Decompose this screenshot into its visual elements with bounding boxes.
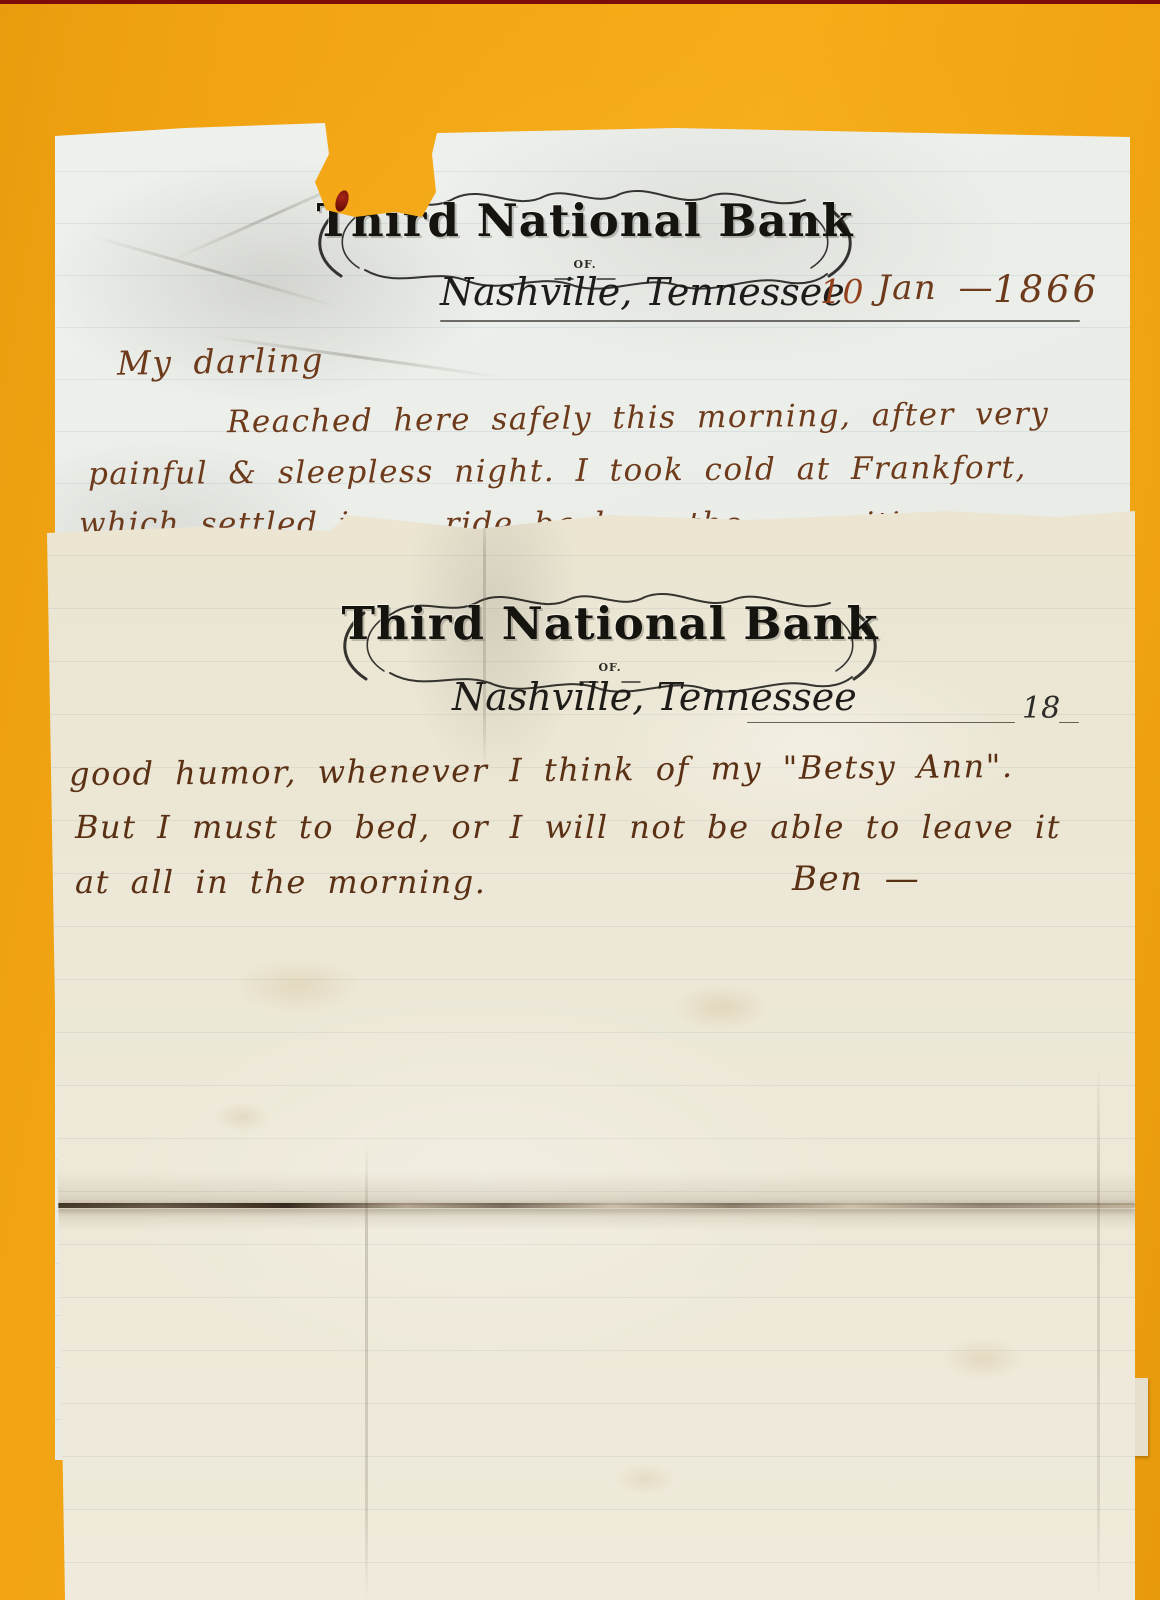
body-line: painful & sleepless night. I took cold a… [88,450,1027,493]
dateline-rule [747,722,1015,723]
scan-top-edge [0,0,1160,4]
date-month: Jan — [877,268,994,308]
body-line: Reached here safely this morning, after … [227,396,1050,441]
fold-shadow [47,1209,1135,1231]
body-line: But I must to bed, or I will not be able… [75,808,1061,846]
paper-crease [1097,1063,1100,1600]
scan-backdrop: Third National Bank OF. Nashville, Tenne… [0,0,1160,1600]
date-year: 1866 [993,268,1099,311]
bank-of-label: OF. [330,661,890,674]
dateline-rule [440,320,1080,322]
wax-spot [333,189,351,214]
bank-name: Third National Bank [305,196,865,246]
bank-name: Third National Bank [330,599,890,649]
year-stub: 18 [1022,691,1060,726]
fold-shadow [47,1171,1135,1205]
body-line: good humor, whenever I think of my "Bets… [69,747,1014,793]
city-dateline: Nashville, Tennessee [440,270,845,314]
salutation: My darling [117,340,325,383]
city-dateline: Nashville, Tennessee [452,675,857,719]
signature: Ben — [792,859,920,899]
letter-sheet-bottom: Third National Bank OF. Nashville, Tenne… [47,503,1135,1600]
dateline-rule-short [1059,722,1079,723]
fold-crease-line [47,1203,1135,1208]
body-line: at all in the morning. [75,863,486,901]
date-day: 10 [820,272,865,311]
paper-crease [90,234,341,309]
